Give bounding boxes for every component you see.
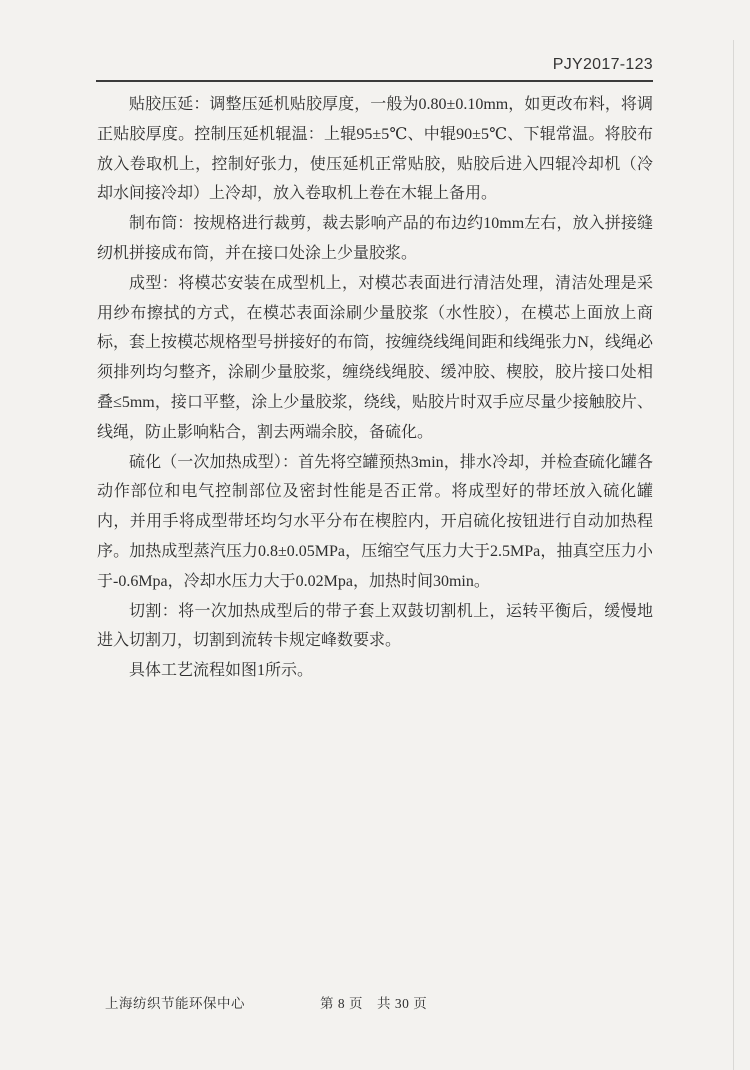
paragraph-cutting: 切割：将一次加热成型后的带子套上双鼓切割机上，运转平衡后，缓慢地进入切割刀，切割… bbox=[97, 597, 653, 657]
paragraph-cloth-tube-making: 制布筒：按规格进行裁剪，裁去影响产品的布边约10mm左右，放入拼接缝纫机拼接成布… bbox=[97, 209, 653, 269]
scan-edge-artifact bbox=[733, 40, 734, 1070]
paragraph-gluing-calendering: 贴胶压延：调整压延机贴胶厚度，一般为0.80±0.10mm，如更改布料，将调正贴… bbox=[97, 90, 653, 209]
document-page: PJY2017-123 贴胶压延：调整压延机贴胶厚度，一般为0.80±0.10m… bbox=[0, 0, 750, 1070]
paragraph-vulcanization: 硫化（一次加热成型）：首先将空罐预热3min，排水冷却，并检查硫化罐各动作部位和… bbox=[97, 448, 653, 597]
page-header: PJY2017-123 bbox=[97, 56, 653, 74]
document-number: PJY2017-123 bbox=[553, 56, 653, 73]
paragraph-forming: 成型：将模芯安装在成型机上，对模芯表面进行清洁处理，清洁处理是采用纱布擦拭的方式… bbox=[97, 269, 653, 448]
header-rule bbox=[96, 80, 653, 82]
paragraph-process-flow-note: 具体工艺流程如图1所示。 bbox=[97, 656, 653, 686]
footer-organization: 上海纺织节能环保中心 bbox=[105, 992, 245, 1012]
footer-page-info: 第 8 页 共 30 页 bbox=[320, 992, 427, 1012]
document-body: 贴胶压延：调整压延机贴胶厚度，一般为0.80±0.10mm，如更改布料，将调正贴… bbox=[97, 90, 653, 686]
